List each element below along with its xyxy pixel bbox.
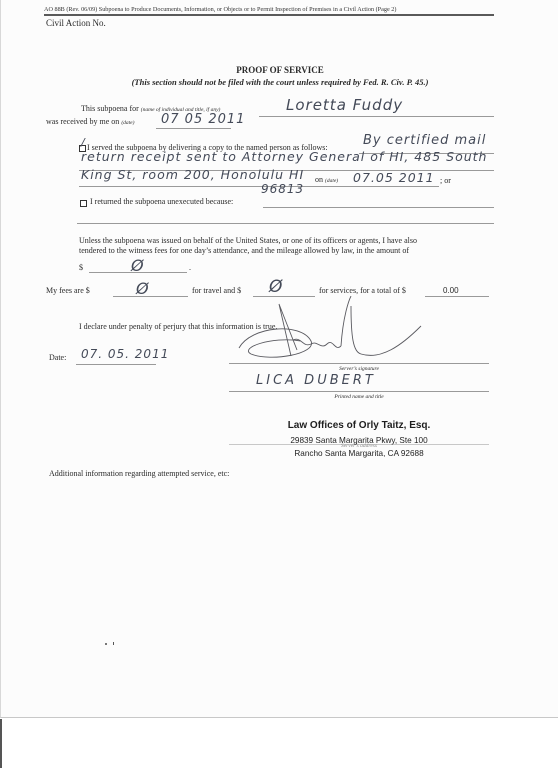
served-line-3: [79, 186, 439, 187]
date-value[interactable]: 07. 05. 2011: [81, 347, 169, 361]
law-office-name: Law Offices of Orly Taitz, Esq.: [229, 420, 489, 431]
served-on-hint: (date): [325, 178, 338, 184]
received-value[interactable]: 07 05 2011: [161, 112, 245, 127]
subpoena-for-text: This subpoena for: [81, 104, 139, 113]
scan-speck: [105, 643, 107, 645]
served-value-line2[interactable]: return receipt sent to Attorney General …: [81, 149, 487, 164]
form-header: AO 88B (Rev. 06/09) Subpoena to Produce …: [44, 6, 396, 13]
fees-total-line: [425, 296, 489, 297]
server-signature-icon: [231, 296, 431, 366]
scan-speck: [113, 642, 114, 645]
signature-caption: Server’s signature: [229, 366, 489, 372]
document-page: AO 88B (Rev. 06/09) Subpoena to Produce …: [0, 0, 558, 718]
served-value-line1[interactable]: By certified mail: [363, 133, 486, 148]
received-text: was received by me on: [46, 117, 119, 126]
tender-period: .: [189, 263, 191, 272]
additional-info-label: Additional information regarding attempt…: [49, 469, 229, 478]
tender-dollar-label: $: [79, 263, 83, 272]
signature-line: [229, 363, 489, 364]
fees-travel-label: for travel and $: [192, 286, 241, 295]
received-label: was received by me on (date): [46, 117, 134, 126]
served-value-line4[interactable]: 96813: [261, 182, 304, 196]
served-checkmark-icon: /: [81, 136, 86, 149]
fees-services-value[interactable]: Ø: [269, 277, 283, 297]
fees-services-label: for services, for a total of $: [319, 286, 406, 295]
served-or-label: ; or: [440, 176, 451, 185]
law-office-address-2: Rancho Santa Margarita, CA 92688: [229, 449, 489, 458]
header-rule: [44, 14, 494, 16]
printed-name-caption: Printed name and title: [229, 394, 489, 400]
subpoena-for-line: [259, 116, 494, 117]
tender-amount-value[interactable]: Ø: [131, 256, 145, 275]
fees-travel-value[interactable]: Ø: [136, 279, 150, 298]
served-date-value[interactable]: 07.05 2011: [353, 170, 435, 185]
civil-action-label: Civil Action No.: [46, 18, 106, 28]
returned-label: I returned the subpoena unexecuted becau…: [90, 197, 233, 206]
received-line: [156, 128, 231, 129]
printed-name-line: [229, 391, 489, 392]
fees-label: My fees are $: [46, 286, 90, 295]
returned-line-2: [77, 223, 494, 224]
date-label: Date:: [49, 353, 66, 362]
date-line: [76, 364, 156, 365]
served-on-label: on (date): [315, 175, 338, 184]
page-title: PROOF OF SERVICE: [1, 65, 558, 75]
returned-line-1: [263, 207, 494, 208]
fees-travel-line: [113, 296, 188, 297]
served-on-text: on: [315, 175, 323, 184]
tender-text-line1: Unless the subpoena was issued on behalf…: [79, 236, 417, 245]
tender-text-line2: tendered to the witness fees for one day…: [79, 246, 409, 255]
served-value-line3[interactable]: King St, room 200, Honolulu HI: [81, 167, 304, 182]
subpoena-for-value[interactable]: Loretta Fuddy: [286, 96, 403, 114]
returned-checkbox[interactable]: [80, 200, 87, 207]
page-subtitle: (This section should not be filed with t…: [1, 77, 558, 87]
printed-name-value[interactable]: LICA DUBERT: [256, 373, 376, 388]
received-hint: (date): [121, 120, 134, 126]
fees-total-value[interactable]: 0.00: [443, 286, 459, 295]
next-page-edge: [0, 719, 558, 768]
law-office-address-1: 29839 Santa Margarita Pkwy, Ste 100: [229, 436, 489, 445]
